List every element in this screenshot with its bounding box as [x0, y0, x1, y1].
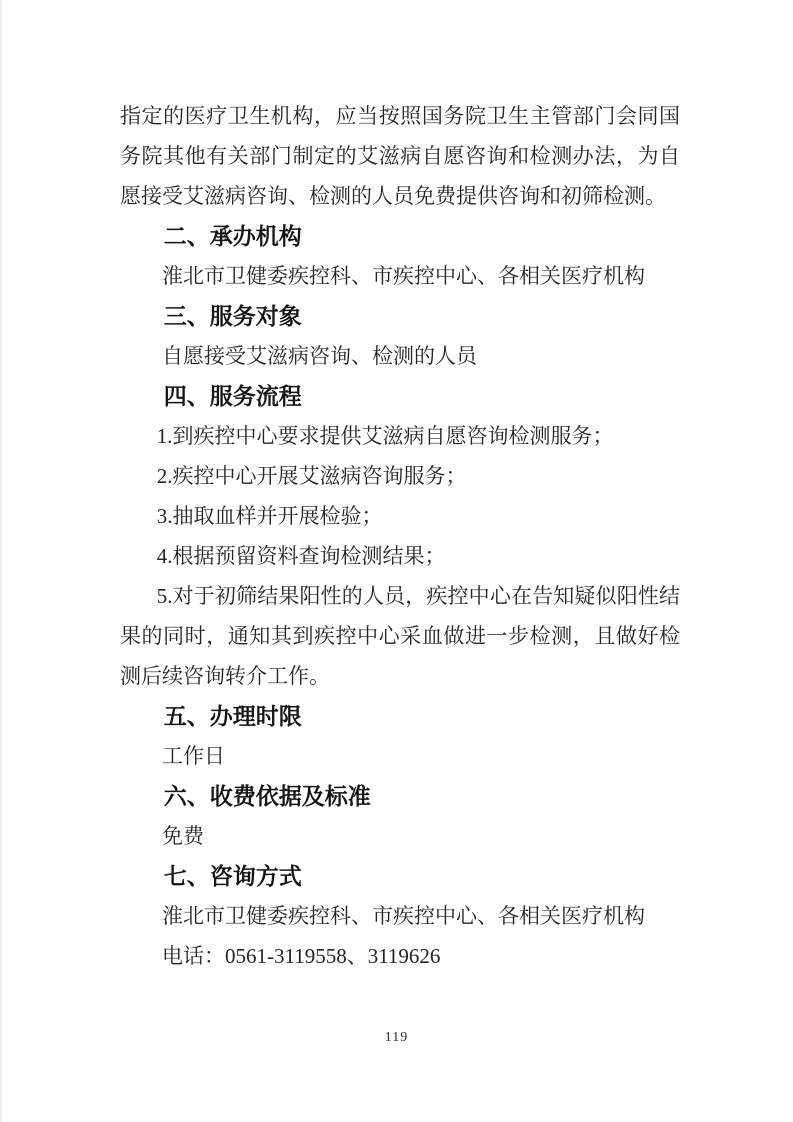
document-page: 指定的医疗卫生机构，应当按照国务院卫生主管部门会同国务院其他有关部门制定的艾滋病… [0, 0, 793, 1122]
section-heading-7: 七、咨询方式 [120, 856, 680, 896]
page-number: 119 [0, 1028, 793, 1048]
body-paragraph-phone: 电话：0561-3119558、3119626 [120, 936, 680, 976]
body-paragraph: 自愿接受艾滋病咨询、检测的人员 [120, 336, 680, 376]
body-paragraph: 淮北市卫健委疾控科、市疾控中心、各相关医疗机构 [120, 256, 680, 296]
body-paragraph-intro: 指定的医疗卫生机构，应当按照国务院卫生主管部门会同国务院其他有关部门制定的艾滋病… [120, 96, 680, 216]
list-item: 5.对于初筛结果阳性的人员，疾控中心在告知疑似阳性结果的同时，通知其到疾控中心采… [120, 576, 680, 696]
list-item: 3.抽取血样并开展检验； [120, 496, 680, 536]
list-item: 4.根据预留资料查询检测结果； [120, 536, 680, 576]
body-paragraph: 工作日 [120, 736, 680, 776]
section-heading-5: 五、办理时限 [120, 696, 680, 736]
list-item: 2.疾控中心开展艾滋病咨询服务； [120, 456, 680, 496]
section-heading-3: 三、服务对象 [120, 296, 680, 336]
list-item: 1.到疾控中心要求提供艾滋病自愿咨询检测服务； [120, 416, 680, 456]
body-paragraph: 免费 [120, 816, 680, 856]
section-heading-2: 二、承办机构 [120, 216, 680, 256]
body-paragraph: 淮北市卫健委疾控科、市疾控中心、各相关医疗机构 [120, 896, 680, 936]
section-heading-6: 六、收费依据及标准 [120, 776, 680, 816]
page-content: 指定的医疗卫生机构，应当按照国务院卫生主管部门会同国务院其他有关部门制定的艾滋病… [0, 0, 793, 976]
section-heading-4: 四、服务流程 [120, 376, 680, 416]
